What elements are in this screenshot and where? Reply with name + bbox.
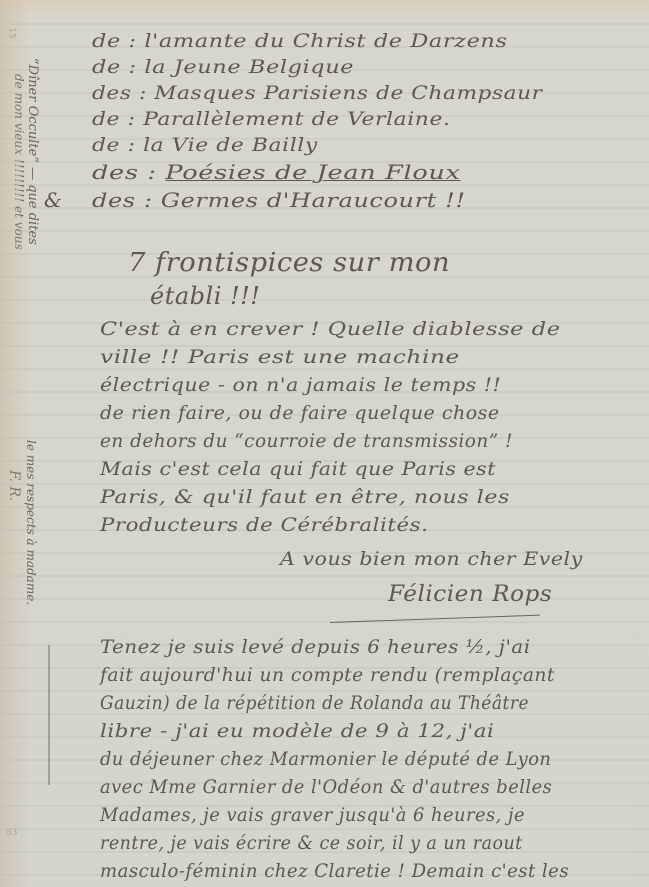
postscript-line: du déjeuner chez Marmonier le député de … [100, 748, 551, 770]
margin-note-line-2: de mon vieux !!!!!!!!! et vous [12, 74, 26, 250]
postscript-line: Madames, je vais graver jusqu'à 6 heures… [100, 804, 525, 826]
signature: Félicien Rops [388, 582, 552, 607]
body-line: en dehors du “courroie de transmission” … [100, 430, 513, 452]
margin-note-line-1: “Dîner Occulte” — que dites [25, 58, 40, 245]
body-line: ville !! Paris est une machine [100, 346, 460, 368]
underlined-title: Poésies de Jean Floux [165, 160, 460, 184]
letter-page: 15 83 “Dîner Occulte” — que dites de mon… [0, 0, 649, 887]
signature-flourish [330, 615, 540, 623]
body-line: Mais c'est cela qui fait que Paris est [100, 458, 496, 480]
body-line: électrique - on n'a jamais le temps !! [100, 374, 501, 396]
postscript-line: masculo-féminin chez Claretie ! Demain c… [100, 860, 569, 882]
list-item: de : la Jeune Belgique [92, 56, 354, 78]
postscript-line: rentre, je vais écrire & ce soir, il y a… [100, 832, 523, 854]
postscript-line: avec Mme Garnier de l'Odéon & d'autres b… [100, 776, 552, 798]
archive-mark-top: 15 [7, 27, 17, 38]
postscript-line: Gauzin) de la répétition de Rolanda au T… [100, 692, 529, 714]
frontispiece-line-1: 7 frontispices sur mon [128, 248, 450, 278]
list-item: de : la Vie de Bailly [92, 134, 318, 156]
frontispiece-line-2: établi !!! [150, 282, 260, 310]
list-item: de : l'amante du Christ de Darzens [92, 30, 508, 52]
body-line: Producteurs de Cérébralités. [100, 514, 428, 536]
postscript-line: Tenez je suis levé depuis 6 heures ½, j'… [100, 636, 531, 658]
list-item: des : Germes d'Haraucourt !! [92, 188, 466, 212]
ampersand-mark: & [44, 188, 62, 212]
body-line: C'est à en crever ! Quelle diablesse de [100, 318, 561, 340]
postscript-line: fait aujourd'hui un compte rendu (rempla… [100, 664, 555, 686]
margin-note-initials: F. R. [6, 470, 22, 501]
margin-note-line-3: le mes respects à madame. [24, 440, 38, 605]
body-line: de rien faire, ou de faire quelque chose [100, 402, 500, 424]
body-line: Paris, & qu'il faut en être, nous les [100, 486, 510, 508]
archive-mark-bottom: 83 [6, 828, 17, 838]
salutation: A vous bien mon cher Evely [280, 548, 583, 570]
list-item: de : Parallèlement de Verlaine. [92, 108, 450, 130]
ink-smudge [48, 645, 50, 785]
list-item: des : Masques Parisiens de Champsaur [92, 82, 543, 104]
postscript-line: libre - j'ai eu modèle de 9 à 12, j'ai [100, 720, 494, 742]
list-item: des : Poésies de Jean Floux [92, 160, 461, 184]
